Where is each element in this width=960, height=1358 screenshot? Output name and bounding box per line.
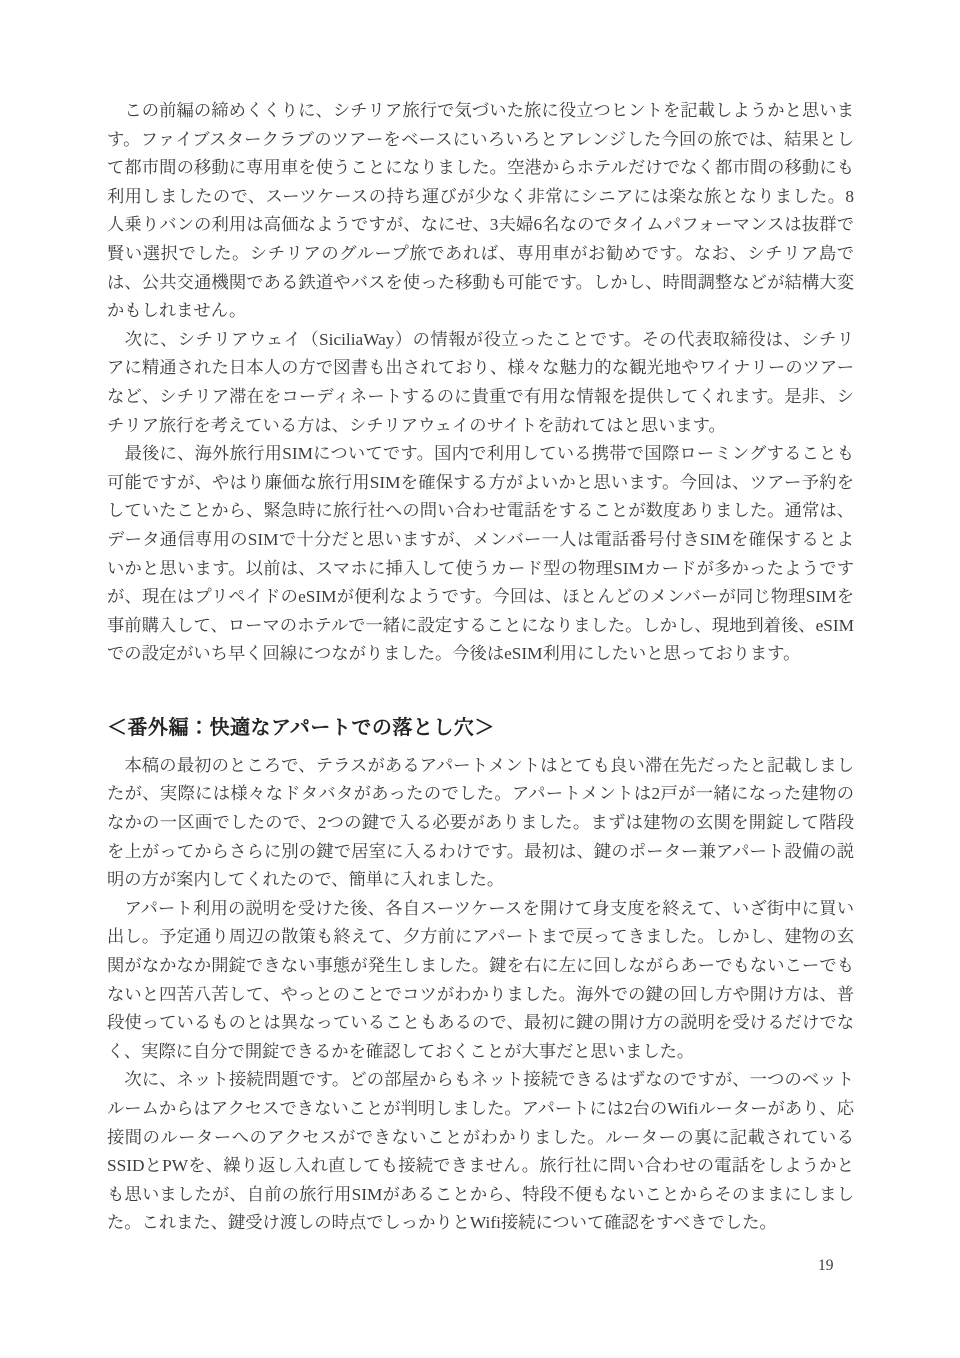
section-heading: ＜番外編：快適なアパートでの落とし穴＞	[107, 715, 854, 741]
paragraph: この前編の締めくくりに、シチリア旅行で気づいた旅に役立つヒントを記載しようかと思…	[107, 97, 854, 326]
paragraph: 次に、ネット接続問題です。どの部屋からもネット接続できるはずなのですが、一つのベ…	[107, 1066, 854, 1238]
paragraph: 次に、シチリアウェイ（SiciliaWay）の情報が役立ったことです。その代表取…	[107, 326, 854, 440]
paragraph: 最後に、海外旅行用SIMについてです。国内で利用している携帯で国際ローミングする…	[107, 440, 854, 669]
paragraph: アパート利用の説明を受けた後、各自スーツケースを開けて身支度を終えて、いざ街中に…	[107, 895, 854, 1067]
document-page: この前編の締めくくりに、シチリア旅行で気づいた旅に役立つヒントを記載しようかと思…	[0, 0, 960, 1358]
paragraph: 本稿の最初のところで、テラスがあるアパートメントはとても良い滞在先だったと記載し…	[107, 752, 854, 895]
page-content: この前編の締めくくりに、シチリア旅行で気づいた旅に役立つヒントを記載しようかと思…	[107, 97, 854, 1238]
page-number: 19	[818, 1256, 834, 1276]
